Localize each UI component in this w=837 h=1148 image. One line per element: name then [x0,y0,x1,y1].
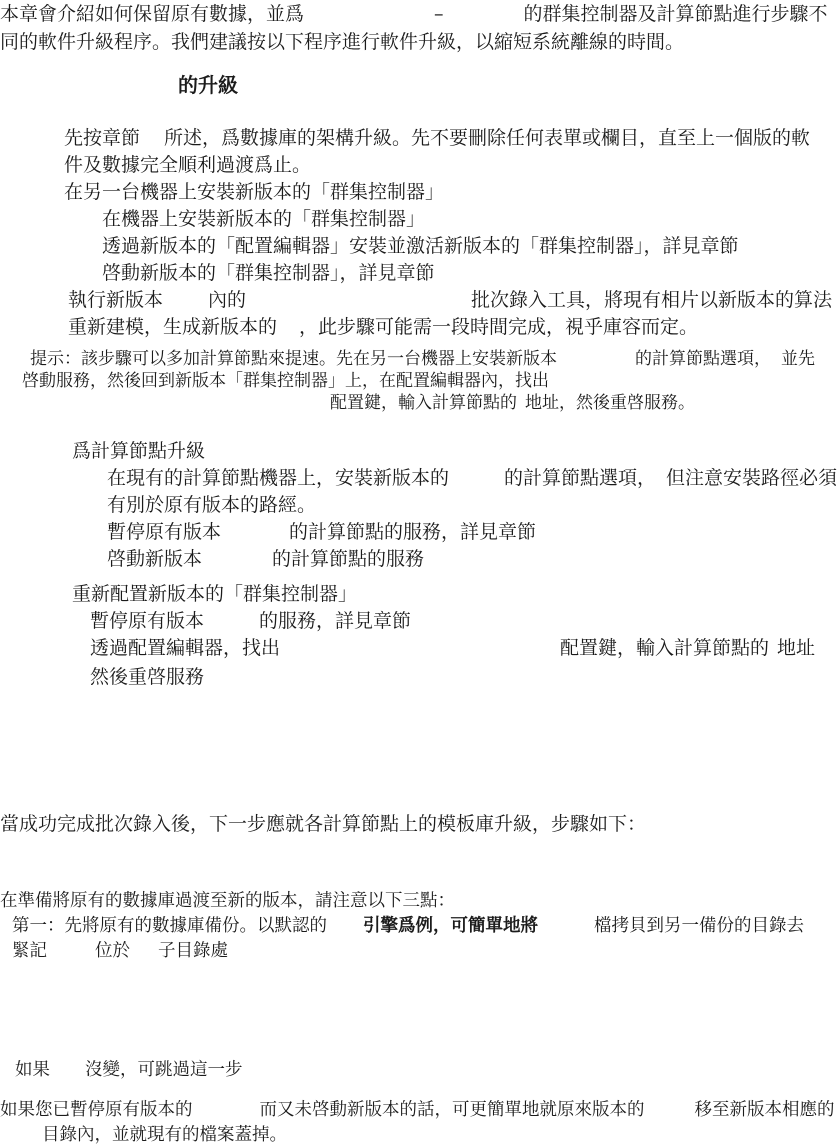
text-line: 本章會介紹如何保留原有數據，並爲–的群集控制器及計算節點進行步驟不 [0,3,828,25]
text-line: 配置鍵，輸入計算節點的地址，然後重啓服務。 [330,393,695,413]
missing-text-gap [656,482,666,484]
text-segment: 然後重啓服務 [90,666,204,688]
text-segment: 檔拷貝到另一備份的目錄去 [594,916,804,936]
text-line: 透過配置編輯器，找出配置鍵，輸入計算節點的地址 [90,637,815,659]
text-line: 當成功完成批次錄入後，下一步應就各計算節點上的模板庫升級，步驟如下： [0,813,646,835]
text-line: 如果您已暫停原有版本的而又未啓動新版本的話，可更簡單地就原來版本的移至新版本相應… [0,1100,835,1121]
missing-text-gap [221,536,289,538]
text-segment: 內的 [208,289,246,311]
text-segment: 在機器上安裝新版本的「群集控制器」 [102,208,425,230]
text-segment: 啓動服務，然後回到新版本「群集控制器」上，在配置編輯器內，找出 [22,371,549,391]
text-segment: 目錄內，並就現有的檔案蓋掉。 [42,1125,287,1145]
missing-text-gap [327,929,363,931]
text-segment: 如果您已暫停原有版本的 [0,1100,193,1120]
missing-text-gap [771,362,781,364]
missing-text-gap [769,652,777,654]
text-line: 執行新版本內的批次錄入工具，將現有相片以新版本的算法 [68,289,832,311]
text-line: 重新配置新版本的「群集控制器」 [72,583,357,605]
text-segment: 的群集控制器及計算節點進行步驟不 [524,3,828,25]
text-segment: 在另一台機器上安裝新版本的「群集控制器」 [64,181,444,203]
text-segment: 位於 [95,941,130,961]
text-segment: 暫停原有版本 [107,521,221,543]
text-segment: 的計算節點的服務 [272,548,424,570]
text-line: 啓動新版本的「群集控制器」，詳見章節 [102,262,435,284]
missing-text-gap [444,18,524,20]
missing-text-gap [304,18,434,20]
text-segment: 重新配置新版本的「群集控制器」 [72,583,357,605]
text-segment: 件及數據完全順利過渡爲止。 [64,154,311,176]
section-heading: 的升級 [178,74,238,97]
text-segment: 而又未啓動新版本的話，可更簡單地就原來版本的 [260,1100,645,1120]
text-segment: 啓動新版本的「群集控制器」，詳見章節 [102,262,435,284]
text-segment: 有別於原有版本的路經。 [107,494,316,516]
text-segment: – [434,3,444,25]
missing-text-gap [557,362,635,364]
text-segment: 提示：該步驟可以多加計算節點來提速。先在另一台機器上安裝新版本 [30,349,557,369]
missing-text-gap [517,406,525,408]
text-line: 重新建模，生成新版本的，此步驟可能需一段時間完成，視乎庫容而定。 [68,316,698,338]
text-segment: 如果 [15,1060,50,1080]
missing-text-gap [280,652,560,654]
text-segment: 啓動新版本 [107,548,202,570]
text-segment: 配置鍵，輸入計算節點的 [330,393,517,413]
text-segment: 第一：先將原有的數據庫備份。以默認的 [12,916,327,936]
missing-text-gap [193,1113,260,1115]
text-line: 如果沒變，可跳過這一步 [15,1060,243,1081]
text-segment: 批次錄入工具，將現有相片以新版本的算法 [471,289,832,311]
text-segment: 透過新版本的「配置編輯器」安裝並激活新版本的「群集控制器」，詳見章節 [102,235,739,257]
text-line: 在另一台機器上安裝新版本的「群集控制器」 [64,181,444,203]
text-segment: 先按章節 [64,127,140,149]
text-segment: 移至新版本相應的 [695,1100,835,1120]
missing-text-gap [130,954,158,956]
missing-text-gap [50,1073,85,1075]
text-segment: 在現有的計算節點機器上，安裝新版本的 [107,467,449,489]
text-segment: 的升級 [178,73,238,97]
missing-text-gap [140,142,164,144]
missing-text-gap [202,563,272,565]
text-segment: 地址，然後重啓服務。 [525,393,695,413]
text-line: 目錄內，並就現有的檔案蓋掉。 [42,1125,287,1146]
text-line: 有別於原有版本的路經。 [107,494,316,516]
missing-text-gap [449,482,504,484]
text-segment: 所述，爲數據庫的架構升級。先不要刪除任何表單或欄目，直至上一個版的軟 [164,127,810,149]
text-segment: 緊記 [12,941,47,961]
text-segment: 並先 [781,349,815,369]
text-segment: 當成功完成批次錄入後，下一步應就各計算節點上的模板庫升級，步驟如下： [0,813,646,835]
missing-text-gap [645,1113,695,1115]
text-segment: 在準備將原有的數據庫過渡至新的版本，請注意以下三點： [0,891,455,911]
text-line: 在準備將原有的數據庫過渡至新的版本，請注意以下三點： [0,891,455,912]
text-segment: 配置鍵，輸入計算節點的 [560,637,769,659]
missing-text-gap [163,304,208,306]
text-segment: 但注意安裝路徑必須 [666,467,837,489]
text-line: 先按章節所述，爲數據庫的架構升級。先不要刪除任何表單或欄目，直至上一個版的軟 [64,127,810,149]
text-line: 暫停原有版本的服務，詳見章節 [90,610,411,632]
text-segment: 的服務，詳見章節 [259,610,411,632]
text-segment: 的計算節點的服務，詳見章節 [289,521,536,543]
text-line: 緊記位於子目錄處 [12,941,228,962]
text-line: 暫停原有版本的計算節點的服務，詳見章節 [107,521,536,543]
missing-text-gap [204,625,259,627]
text-segment: 爲計算節點升級 [72,440,205,462]
text-line: 在機器上安裝新版本的「群集控制器」 [102,208,425,230]
text-line: 提示：該步驟可以多加計算節點來提速。先在另一台機器上安裝新版本的計算節點選項，並… [30,349,815,369]
text-segment: 子目錄處 [158,941,228,961]
text-segment: 的計算節點選項， [504,467,656,489]
text-segment: 執行新版本 [68,289,163,311]
text-line: 同的軟件升級程序。我們建議按以下程序進行軟件升級，以縮短系統離線的時間。 [0,31,684,53]
text-line: 透過新版本的「配置編輯器」安裝並激活新版本的「群集控制器」，詳見章節 [102,235,739,257]
missing-text-gap [246,304,471,306]
text-segment: 引擎爲例，可簡單地將 [363,916,538,936]
text-segment: 透過配置編輯器，找出 [90,637,280,659]
document-page: 本章會介紹如何保留原有數據，並爲–的群集控制器及計算節點進行步驟不同的軟件升級程… [0,0,837,1148]
text-line: 在現有的計算節點機器上，安裝新版本的的計算節點選項，但注意安裝路徑必須 [107,467,837,489]
text-line: 啓動服務，然後回到新版本「群集控制器」上，在配置編輯器內，找出 [22,371,549,391]
text-segment: 沒變，可跳過這一步 [85,1060,243,1080]
text-segment: 本章會介紹如何保留原有數據，並爲 [0,3,304,25]
text-line: 啓動新版本的計算節點的服務 [107,548,424,570]
text-line: 爲計算節點升級 [72,440,205,462]
text-line: 件及數據完全順利過渡爲止。 [64,154,311,176]
text-line: 然後重啓服務 [90,666,204,688]
text-segment: 同的軟件升級程序。我們建議按以下程序進行軟件升級，以縮短系統離線的時間。 [0,31,684,53]
text-segment: 暫停原有版本 [90,610,204,632]
text-segment: 的計算節點選項， [635,349,771,369]
missing-text-gap [47,954,95,956]
text-segment: ，此步驟可能需一段時間完成，視乎庫容而定。 [299,316,698,338]
missing-text-gap [538,929,594,931]
text-segment: 地址 [777,637,815,659]
missing-text-gap [277,331,299,333]
text-segment: 重新建模，生成新版本的 [68,316,277,338]
text-line: 第一：先將原有的數據庫備份。以默認的引擎爲例，可簡單地將檔拷貝到另一備份的目錄去 [12,916,804,937]
